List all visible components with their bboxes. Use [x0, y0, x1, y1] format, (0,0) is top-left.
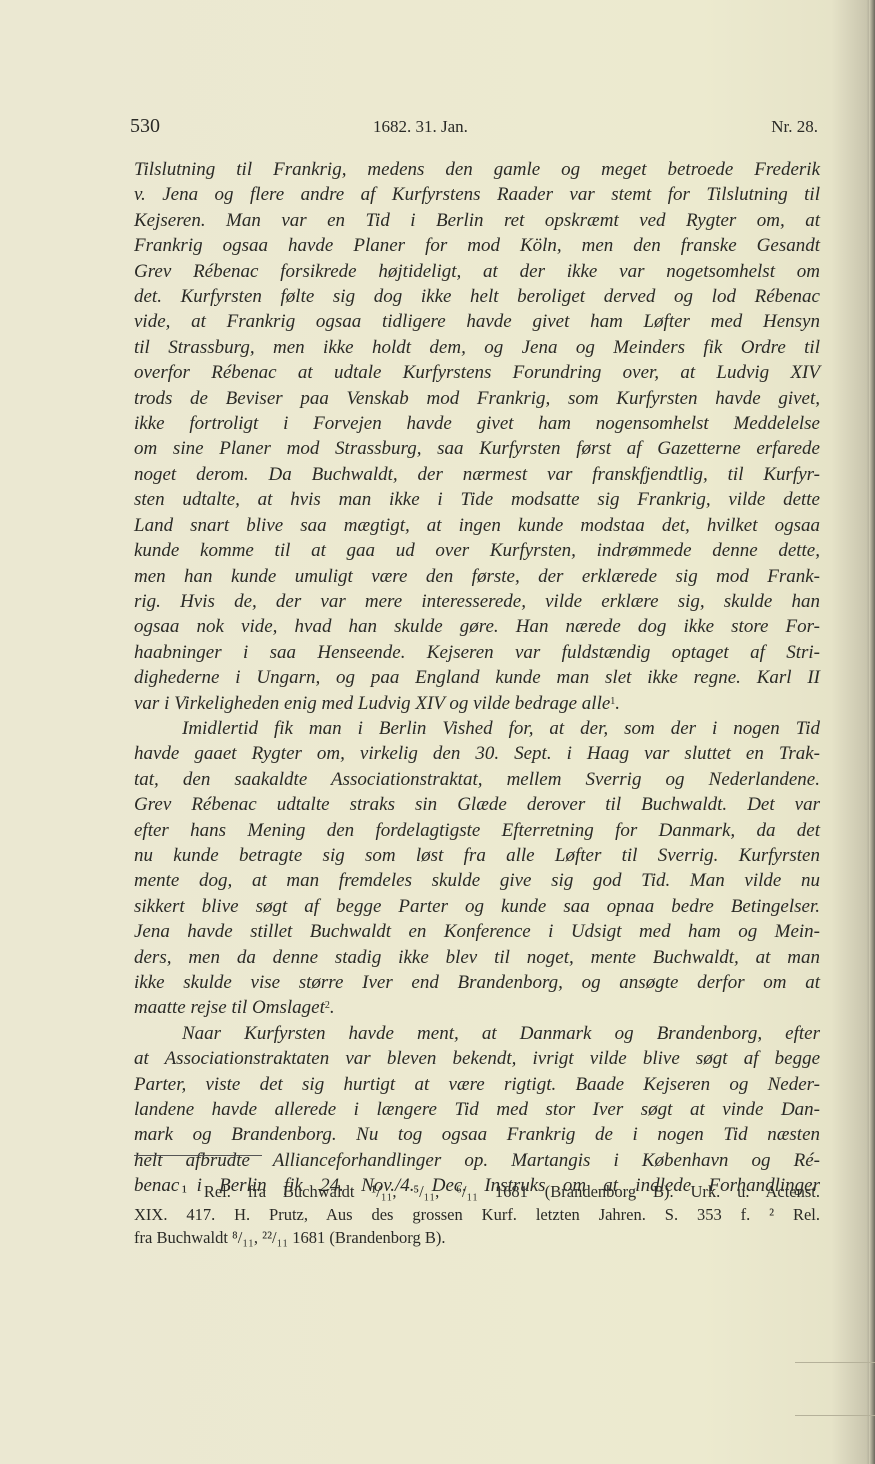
text-line: overfor Rébenac at udtale Kurfyrstens Fo…	[134, 360, 820, 385]
text-line: v. Jena og flere andre af Kurfyrstens Ra…	[134, 182, 820, 207]
text-line: sten udtalte, at hvis man ikke i Tide mo…	[134, 487, 820, 512]
text-line: vide, at Frankrig ogsaa tidligere havde …	[134, 309, 820, 334]
text-line: var i Virkeligheden enig med Ludvig XIV …	[134, 691, 820, 716]
body-text: Tilslutning til Frankrig, medens den gam…	[134, 157, 820, 1199]
text-line: efter hans Mening den fordelagtigste Eft…	[134, 818, 820, 843]
footnotes: ¹ Rel. fra Buchwaldt ¹/₁₁, ⁵/₁₁, ⁶/₁₁ 16…	[134, 1180, 820, 1249]
running-header: 530 1682. 31. Jan. Nr. 28.	[130, 115, 818, 145]
text-line: at Associationstraktaten var bleven beke…	[134, 1046, 820, 1071]
page-edge	[869, 0, 875, 1464]
text-line: landene havde allerede i længere Tid med…	[134, 1097, 820, 1122]
footnote-line: XIX. 417. H. Prutz, Aus des grossen Kurf…	[134, 1203, 820, 1226]
footnote-line: ¹ Rel. fra Buchwaldt ¹/₁₁, ⁵/₁₁, ⁶/₁₁ 16…	[134, 1180, 820, 1203]
text-line: havde gaaet Rygter om, virkelig den 30. …	[134, 741, 820, 766]
text-line: ogsaa nok vide, hvad han skulde gøre. Ha…	[134, 614, 820, 639]
text-line: kunde komme til at gaa ud over Kurfyrste…	[134, 538, 820, 563]
text-line: helt afbrudte Allianceforhandlinger op. …	[134, 1148, 820, 1173]
text-line: Jena havde stillet Buchwaldt en Konferen…	[134, 919, 820, 944]
footnote-divider	[134, 1155, 262, 1156]
text-line: om sine Planer mod Strassburg, saa Kurfy…	[134, 436, 820, 461]
edge-line	[795, 1415, 875, 1416]
book-page: 530 1682. 31. Jan. Nr. 28. Tilslutning t…	[0, 0, 875, 1464]
text-line: Tilslutning til Frankrig, medens den gam…	[134, 157, 820, 182]
text-line: maatte rejse til Omslaget2.	[134, 995, 820, 1020]
text-line: Parter, viste det sig hurtigt at være ri…	[134, 1072, 820, 1097]
edge-line	[795, 1362, 875, 1363]
text-line: Naar Kurfyrsten havde ment, at Danmark o…	[134, 1021, 820, 1046]
text-line: men han kunde umuligt være den første, d…	[134, 564, 820, 589]
text-line: noget derom. Da Buchwaldt, der nærmest v…	[134, 462, 820, 487]
text-line: dighederne i Ungarn, og paa England kund…	[134, 665, 820, 690]
text-line: mark og Brandenborg. Nu tog ogsaa Frankr…	[134, 1122, 820, 1147]
text-line: ikke fortroligt i Forvejen havde givet h…	[134, 411, 820, 436]
text-line: det. Kurfyrsten følte sig dog ikke helt …	[134, 284, 820, 309]
text-line: Land snart blive saa mægtigt, at ingen k…	[134, 513, 820, 538]
text-line: til Strassburg, men ikke holdt dem, og J…	[134, 335, 820, 360]
document-number: Nr. 28.	[771, 117, 818, 137]
text-line: sikkert blive søgt af begge Parter og ku…	[134, 894, 820, 919]
text-line: Grev Rébenac udtalte straks sin Glæde de…	[134, 792, 820, 817]
text-line: nu kunde betragte sig som løst fra alle …	[134, 843, 820, 868]
text-line: Kejseren. Man var en Tid i Berlin ret op…	[134, 208, 820, 233]
text-line-content: var i Virkeligheden enig med Ludvig XIV …	[134, 693, 610, 714]
footnote-ref: 1	[610, 696, 615, 707]
text-line: ikke skulde vise større Iver end Branden…	[134, 970, 820, 995]
text-line: Frankrig ogsaa havde Planer for mod Köln…	[134, 233, 820, 258]
text-line: mente dog, at man fremdeles skulde give …	[134, 868, 820, 893]
text-line: haabninger i saa Henseende. Kejseren var…	[134, 640, 820, 665]
text-line: rig. Hvis de, der var mere interesserede…	[134, 589, 820, 614]
text-line-content: maatte rejse til Omslaget	[134, 997, 325, 1018]
page-number: 530	[130, 115, 160, 138]
footnote-ref: 2	[325, 1000, 330, 1011]
text-line: Grev Rébenac forsikrede højtideligt, at …	[134, 259, 820, 284]
text-line: tat, den saakaldte Associationstraktat, …	[134, 767, 820, 792]
text-line: trods de Beviser paa Venskab mod Frankri…	[134, 386, 820, 411]
text-line: ders, men da denne stadig ikke blev til …	[134, 945, 820, 970]
text-line: Imidlertid fik man i Berlin Vished for, …	[134, 716, 820, 741]
footnote-line: fra Buchwaldt ⁸/₁₁, ²²/₁₁ 1681 (Brandenb…	[134, 1226, 820, 1249]
header-date: 1682. 31. Jan.	[373, 117, 468, 137]
